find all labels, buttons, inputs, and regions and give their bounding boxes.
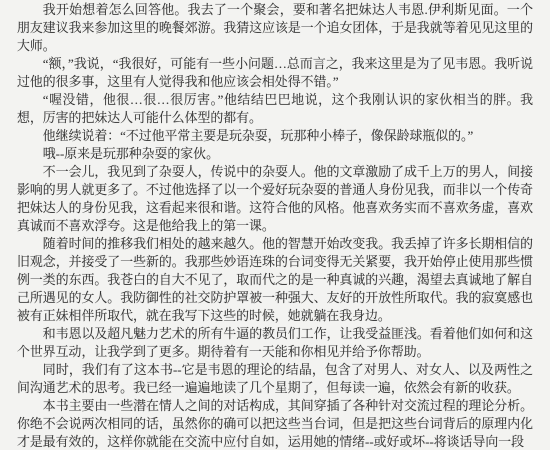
- paragraph-7: 随着时间的推移我们相处的越来越久。他的智慧开始改变我。我丢掉了许多长期相信的旧观…: [17, 235, 533, 325]
- paragraph-1: 我开始想着怎么回答他。我去了一个聚会，要和著名把妹达人韦恩.伊利斯见面。一个朋友…: [17, 1, 533, 55]
- paragraph-8: 和韦恩以及超凡魅力艺术的所有牛逼的教员们工作，让我受益匪浅。看着他们如何和这个世…: [17, 325, 533, 361]
- paragraph-10: 本书主要由一些潜在情人之间的对话构成，其间穿插了各种针对交流过程的理论分析。你绝…: [17, 397, 533, 450]
- paragraph-4: 他继续说着：“不过他平常主要是玩杂耍，玩那种小棒子，像保龄球瓶似的。”: [17, 127, 533, 145]
- book-page: 我开始想着怎么回答他。我去了一个聚会，要和著名把妹达人韦恩.伊利斯见面。一个朋友…: [0, 0, 550, 450]
- paragraph-3: “喔没错，他很…很…很厉害。”他结结巴巴地说，这个我刚认识的家伙相当的胖。我想，…: [17, 91, 533, 127]
- paragraph-2: “额，”我说，“我很好，可能有一些小问题…总而言之，我来这里是为了见韦恩。我听说…: [17, 55, 533, 91]
- paragraph-9: 同时，我们有了这本书--它是韦恩的理论的结晶，包含了对男人、对女人、以及两性之间…: [17, 361, 533, 397]
- paragraph-5: 哦--原来是玩那种杂耍的家伙。: [17, 145, 533, 163]
- paragraph-6: 不一会儿，我见到了杂耍人，传说中的杂耍人。他的文章激励了成千上万的男人，间接影响…: [17, 163, 533, 235]
